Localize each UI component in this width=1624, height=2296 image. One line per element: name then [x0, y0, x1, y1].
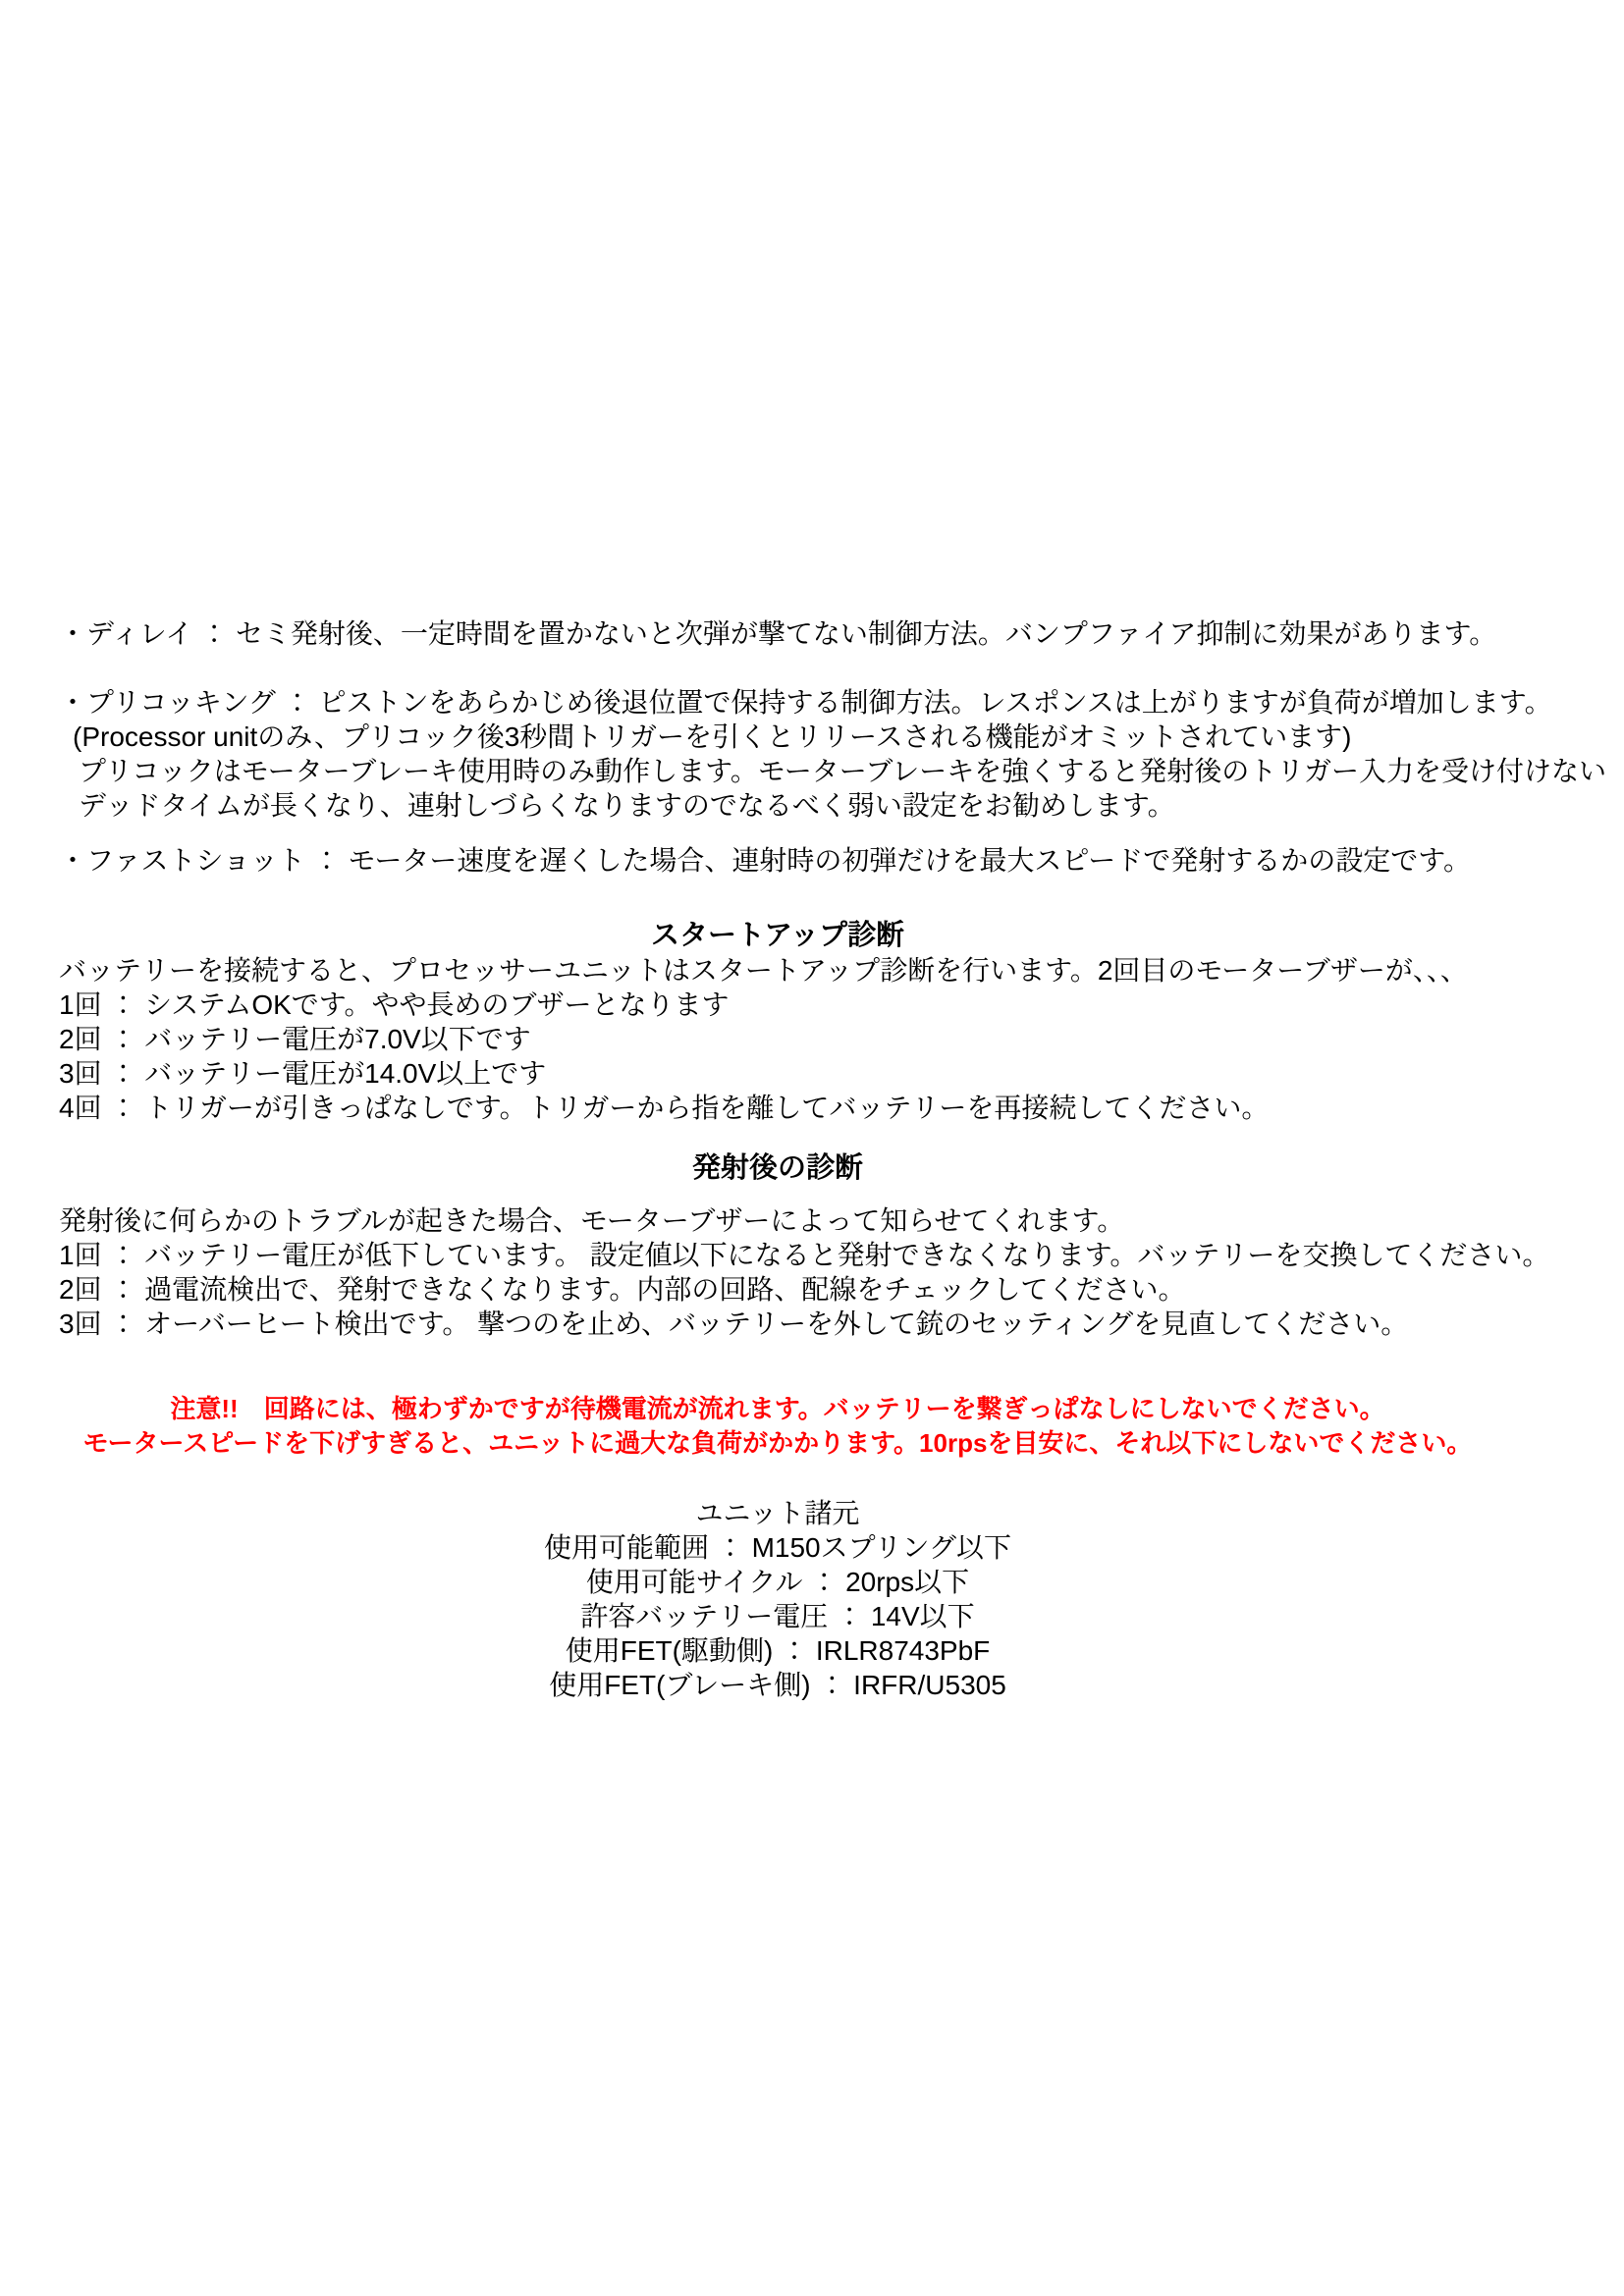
spec-row-usable-cycle: 使用可能サイクル ： 20rps以下: [0, 1565, 1555, 1599]
warning-line-2: モータースピードを下げすぎると、ユニットに過大な負荷がかかります。10rpsを目…: [0, 1426, 1555, 1461]
spec-row-battery-voltage: 許容バッテリー電圧 ： 14V以下: [0, 1599, 1555, 1633]
spec-row-usable-range: 使用可能範囲 ： M150スプリング以下: [0, 1530, 1555, 1565]
post-fire-intro: 発射後に何らかのトラブルが起きた場合、モーターブザーによって知らせてくれます。: [0, 1203, 1624, 1238]
startup-intro: バッテリーを接続すると、プロセッサーユニットはスタートアップ診断を行います。2回…: [0, 953, 1624, 988]
precocking-line-3: プリコックはモーターブレーキ使用時のみ動作します。モーターブレーキを強くすると発…: [0, 754, 1624, 788]
startup-item-4: 4回 ： トリガーが引きっぱなしです。トリガーから指を離してバッテリーを再接続し…: [0, 1091, 1624, 1125]
post-fire-item-3: 3回 ： オーバーヒート検出です。 撃つのを止め、バッテリーを外して銃のセッティ…: [0, 1307, 1624, 1341]
warning-line-1: 注意!! 回路には、極わずかですが待機電流が流れます。バッテリーを繋ぎっぱなしに…: [0, 1392, 1555, 1426]
definitions-section: ・ディレイ ： セミ発射後、一定時間を置かないと次弾が撃てない制御方法。バンプフ…: [0, 616, 1624, 878]
spec-row-fet-brake: 使用FET(ブレーキ側) ： IRFR/U5305: [0, 1668, 1555, 1702]
precocking-definition: ・プリコッキング ： ピストンをあらかじめ後退位置で保持する制御方法。レスポンス…: [0, 685, 1624, 823]
post-fire-diagnosis-section: 発射後の診断 発射後に何らかのトラブルが起きた場合、モーターブザーによって知らせ…: [0, 1151, 1624, 1341]
post-fire-item-2: 2回 ： 過電流検出で、発射できなくなります。内部の回路、配線をチェックしてくだ…: [0, 1272, 1624, 1307]
unit-specs-heading: ユニット諸元: [0, 1496, 1555, 1530]
fastshot-definition: ・ファストショット ： モーター速度を遅くした場合、連射時の初弾だけを最大スピー…: [0, 843, 1624, 878]
post-fire-item-1: 1回 ： バッテリー電圧が低下しています。 設定値以下になると発射できなくなりま…: [0, 1238, 1624, 1272]
precocking-line-1: ・プリコッキング ： ピストンをあらかじめ後退位置で保持する制御方法。レスポンス…: [0, 685, 1624, 720]
warning-section: 注意!! 回路には、極わずかですが待機電流が流れます。バッテリーを繋ぎっぱなしに…: [0, 1392, 1624, 1461]
startup-item-3: 3回 ： バッテリー電圧が14.0V以上です: [0, 1056, 1624, 1091]
startup-diagnosis-heading: スタートアップ診断: [0, 919, 1555, 953]
startup-item-1: 1回 ： システムOKです。やや長めのブザーとなります: [0, 988, 1624, 1022]
unit-specs-section: ユニット諸元 使用可能範囲 ： M150スプリング以下 使用可能サイクル ： 2…: [0, 1496, 1624, 1702]
startup-diagnosis-section: スタートアップ診断 バッテリーを接続すると、プロセッサーユニットはスタートアップ…: [0, 919, 1624, 1125]
precocking-line-4: デッドタイムが長くなり、連射しづらくなりますのでなるべく弱い設定をお勧めします。: [0, 788, 1624, 823]
post-fire-diagnosis-heading: 発射後の診断: [0, 1151, 1555, 1186]
precocking-line-2: (Processor unitのみ、プリコック後3秒間トリガーを引くとリリースさ…: [0, 720, 1624, 754]
spec-row-fet-drive: 使用FET(駆動側) ： IRLR8743PbF: [0, 1633, 1555, 1668]
delay-definition: ・ディレイ ： セミ発射後、一定時間を置かないと次弾が撃てない制御方法。バンプフ…: [0, 616, 1624, 651]
startup-item-2: 2回 ： バッテリー電圧が7.0V以下です: [0, 1022, 1624, 1056]
manual-page: ・ディレイ ： セミ発射後、一定時間を置かないと次弾が撃てない制御方法。バンプフ…: [0, 0, 1624, 2296]
